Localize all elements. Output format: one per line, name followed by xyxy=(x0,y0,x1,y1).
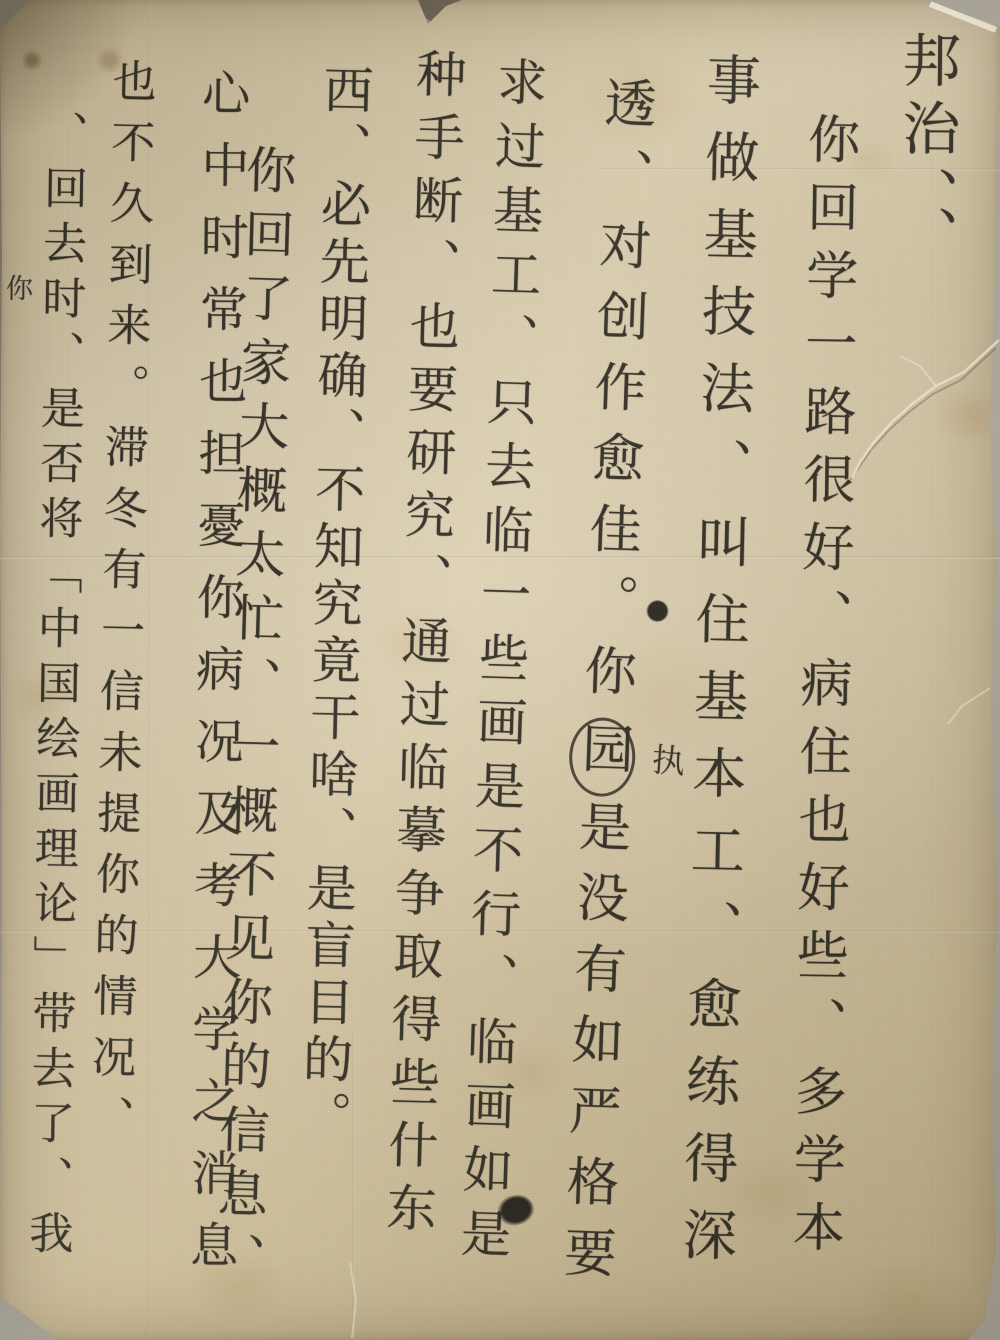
circled-correction-char: 园 xyxy=(568,716,637,797)
letter-column-2: 你回学一路很好、病住也好些、多学本 xyxy=(787,112,855,1269)
letter-column-9: 心中时常也担憂你病况及考大学之消息 xyxy=(185,68,246,1292)
ink-dot xyxy=(646,600,669,622)
correction-annotation: 执 xyxy=(651,743,686,778)
margin-insert-char: 你 xyxy=(6,276,33,303)
letter-column-1: 邦治、、 xyxy=(896,30,956,273)
letter-photo: 邦治、、 你回学一路很好、病住也好些、多学本 事做基技法、叫住基本工、愈练得深 … xyxy=(0,0,1000,1340)
